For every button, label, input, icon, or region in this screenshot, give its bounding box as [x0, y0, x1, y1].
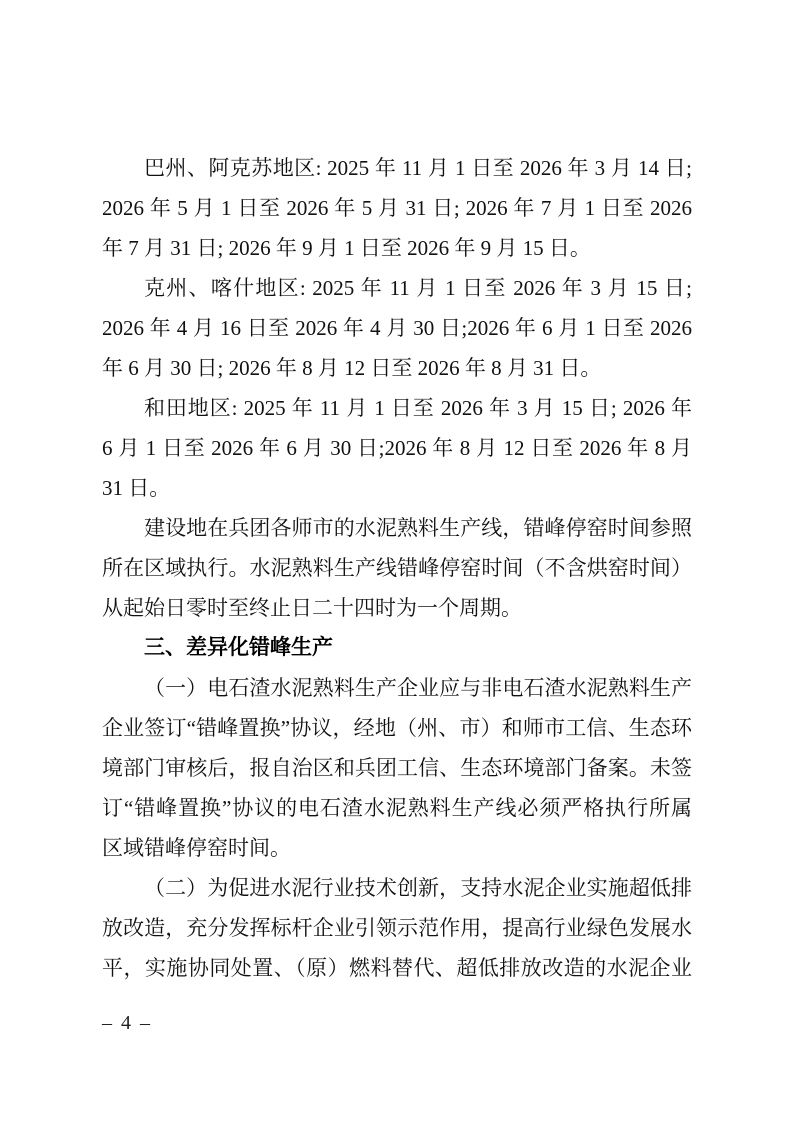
section-heading-line: 三、差异化错峰生产	[102, 628, 692, 668]
text-line: 巴州、阿克苏地区: 2025 年 11 月 1 日至 2026 年 3 月 14…	[102, 148, 692, 188]
text-line: 订“错峰置换”协议的电石渣水泥熟料生产线必须严格执行所属	[102, 788, 692, 828]
text-line: 2026 年 5 月 1 日至 2026 年 5 月 31 日; 2026 年 …	[102, 188, 692, 228]
text-line: 境部门审核后，报自治区和兵团工信、生态环境部门备案。未签	[102, 748, 692, 788]
text-line: 从起始日零时至终止日二十四时为一个周期。	[102, 588, 692, 628]
paragraph: 建设地在兵团各师市的水泥熟料生产线，错峰停窑时间参照所在区域执行。水泥熟料生产线…	[102, 508, 692, 628]
text-line: 年 6 月 30 日; 2026 年 8 月 12 日至 2026 年 8 月 …	[102, 348, 692, 388]
text-line: 克州、喀什地区: 2025 年 11 月 1 日至 2026 年 3 月 15 …	[102, 268, 692, 308]
paragraph: （二）为促进水泥行业技术创新，支持水泥企业实施超低排放改造，充分发挥标杆企业引领…	[102, 868, 692, 988]
page-number: – 4 –	[102, 1008, 152, 1038]
paragraph: 巴州、阿克苏地区: 2025 年 11 月 1 日至 2026 年 3 月 14…	[102, 148, 692, 268]
text-line: 建设地在兵团各师市的水泥熟料生产线，错峰停窑时间参照	[102, 508, 692, 548]
text-line: 平，实施协同处置、（原）燃料替代、超低排放改造的水泥企业	[102, 948, 692, 988]
section-heading: 三、差异化错峰生产	[102, 628, 692, 668]
paragraph: 克州、喀什地区: 2025 年 11 月 1 日至 2026 年 3 月 15 …	[102, 268, 692, 388]
text-line: 6 月 1 日至 2026 年 6 月 30 日;2026 年 8 月 12 日…	[102, 428, 692, 468]
document-body: 巴州、阿克苏地区: 2025 年 11 月 1 日至 2026 年 3 月 14…	[102, 148, 692, 988]
text-line: 年 7 月 31 日; 2026 年 9 月 1 日至 2026 年 9 月 1…	[102, 228, 692, 268]
document-page: 巴州、阿克苏地区: 2025 年 11 月 1 日至 2026 年 3 月 14…	[0, 0, 793, 1122]
text-line: 31 日。	[102, 468, 692, 508]
paragraph: （一）电石渣水泥熟料生产企业应与非电石渣水泥熟料生产企业签订“错峰置换”协议，经…	[102, 668, 692, 868]
paragraph: 和田地区: 2025 年 11 月 1 日至 2026 年 3 月 15 日; …	[102, 388, 692, 508]
text-line: 放改造，充分发挥标杆企业引领示范作用，提高行业绿色发展水	[102, 908, 692, 948]
text-line: 企业签订“错峰置换”协议，经地（州、市）和师市工信、生态环	[102, 708, 692, 748]
text-line: 和田地区: 2025 年 11 月 1 日至 2026 年 3 月 15 日; …	[102, 388, 692, 428]
text-line: 所在区域执行。水泥熟料生产线错峰停窑时间（不含烘窑时间）	[102, 548, 692, 588]
text-line: 2026 年 4 月 16 日至 2026 年 4 月 30 日;2026 年 …	[102, 308, 692, 348]
text-line: （一）电石渣水泥熟料生产企业应与非电石渣水泥熟料生产	[102, 668, 692, 708]
text-line: 区域错峰停窑时间。	[102, 828, 692, 868]
text-line: （二）为促进水泥行业技术创新，支持水泥企业实施超低排	[102, 868, 692, 908]
